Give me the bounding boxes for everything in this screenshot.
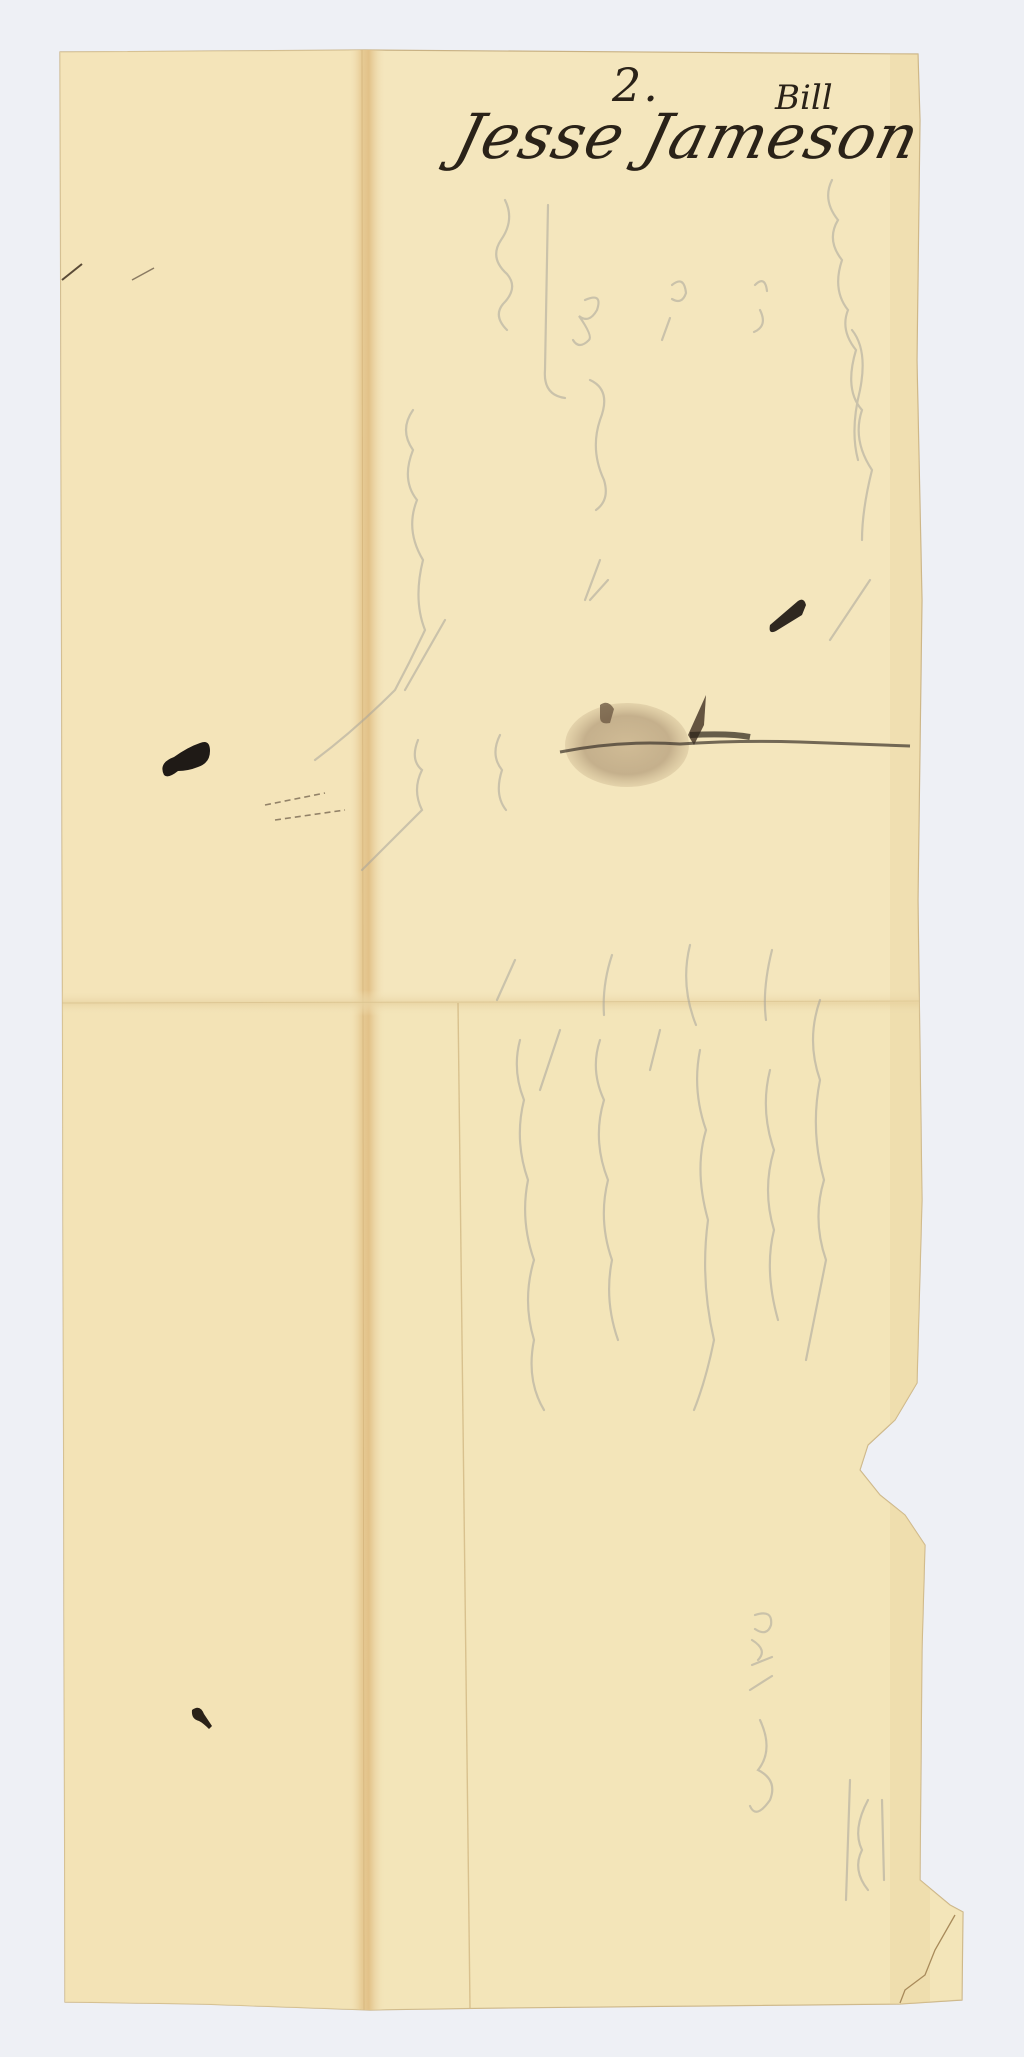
vertical-fold bbox=[348, 50, 386, 2015]
document-scan: 2. Bill Jesse Jameson illegible mirrored… bbox=[0, 0, 1024, 2057]
paper-sheet bbox=[0, 0, 1024, 2057]
